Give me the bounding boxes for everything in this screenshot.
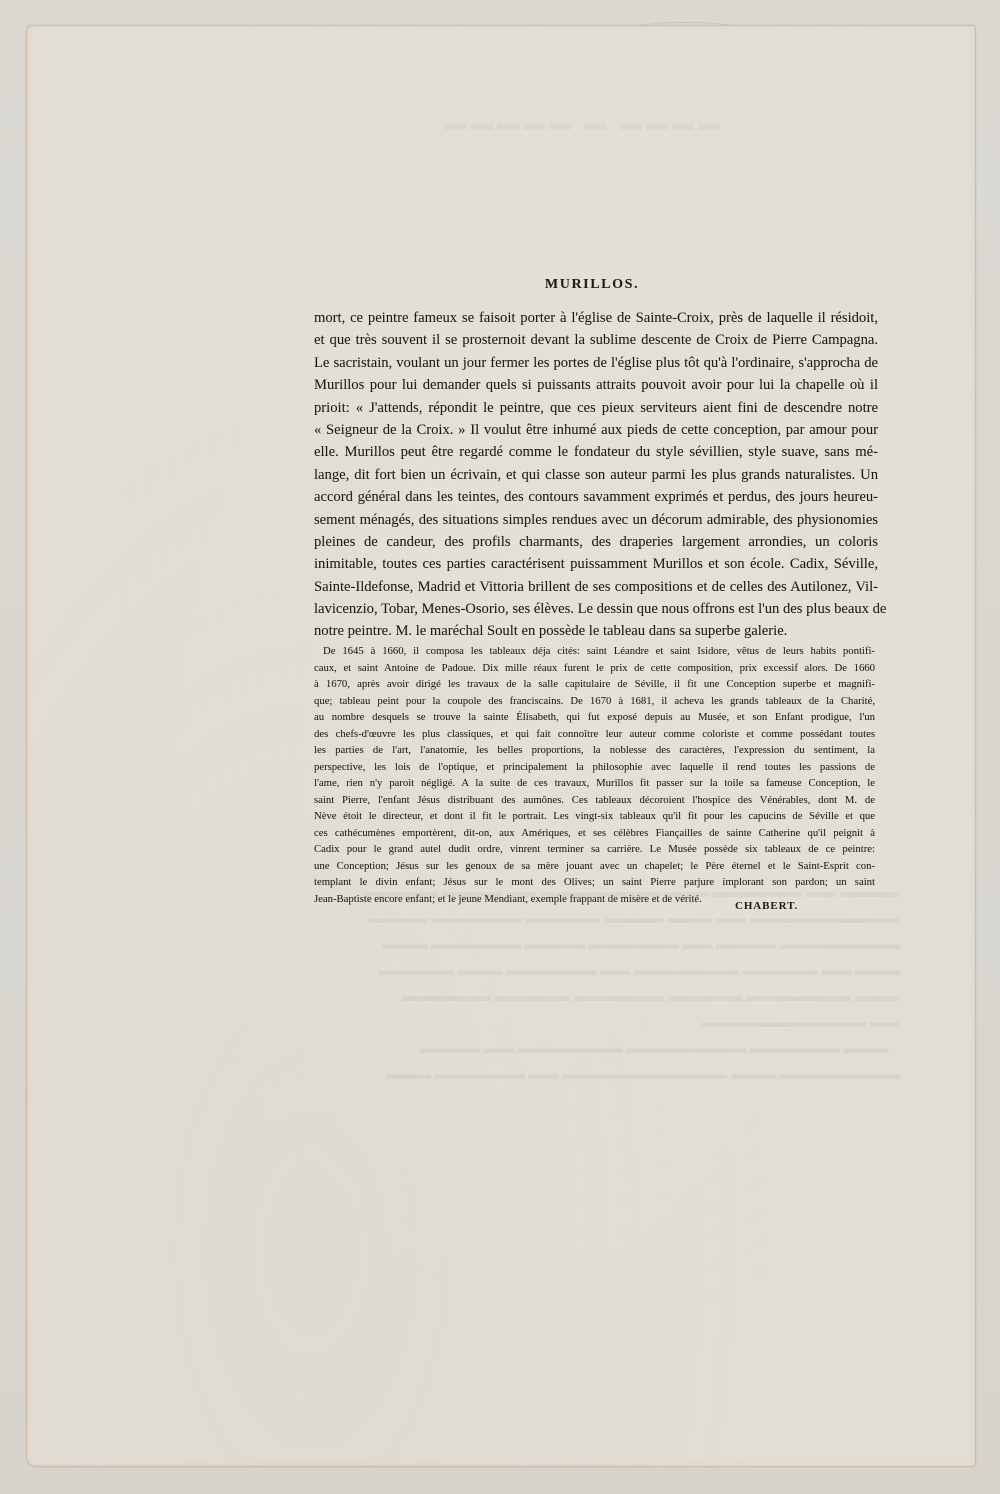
footnote-line: caux, et saint Antoine de Padoue. Dix mi… <box>314 660 875 677</box>
text-line: mort, ce peintre fameux se faisoit porte… <box>314 307 878 329</box>
text-line: elle. Murillos peut être regardé comme l… <box>314 441 878 463</box>
footnote-paragraph: De 1645 à 1660, il composa les tableaux … <box>314 643 875 907</box>
text-line: « Seigneur de la Croix. » Il voulut être… <box>314 419 878 441</box>
footnote-line: perspective, les lois de l'optique, et p… <box>314 759 875 776</box>
footnote-line: saint Pierre, l'enfant Jésus distribuant… <box>314 792 875 809</box>
page-title: MURILLOS. <box>300 277 884 293</box>
text-line: lange, dit fort bien un écrivain, et qui… <box>314 464 878 486</box>
paper-fold-mark <box>640 22 730 31</box>
text-line: sement ménagés, des situations simples r… <box>314 509 878 531</box>
footnote-line: ces cathécumènes emportèrent, dit-on, au… <box>314 825 875 842</box>
footnote-line: De 1645 à 1660, il composa les tableaux … <box>314 643 875 660</box>
text-line: pleines de candeur, des profils charmant… <box>314 531 878 553</box>
footnote-line: Cadix pour le grand autel dudit ordre, v… <box>314 841 875 858</box>
text-line: Le sacristain, voulant un jour fermer le… <box>314 352 878 374</box>
text-line: Sainte-Ildefonse, Madrid et Vittoria bri… <box>314 576 878 598</box>
main-paragraph: mort, ce peintre fameux se faisoit porte… <box>314 307 878 643</box>
text-line: et que très souvent il se prosternoit de… <box>314 329 878 351</box>
footnote-line: templant le divin enfant; Jésus sur le m… <box>314 874 875 891</box>
footnote-line: une Conception; Jésus sur les genoux de … <box>314 858 875 875</box>
author-signature: CHABERT. <box>735 900 798 912</box>
footnote-line: l'ame, rien n'y paroit négligé. A la sui… <box>314 775 875 792</box>
text-line: accord général dans les teintes, des con… <box>314 486 878 508</box>
text-line: prioit: « J'attends, répondit le peintre… <box>314 397 878 419</box>
footnote-line: que; tableau peint pour la coupole des f… <box>314 693 875 710</box>
footnote-line: à 1670, après avoir dirigé les travaux d… <box>314 676 875 693</box>
text-line: Murillos pour lui demander quels si puis… <box>314 374 878 396</box>
footnote-line: au nombre desquels se trouve la sainte É… <box>314 709 875 726</box>
text-line: lavicenzio, Tobar, Menes-Osorio, ses élè… <box>314 598 878 620</box>
footnote-line: les parties de l'art, l'anatomie, les be… <box>314 742 875 759</box>
text-line: notre peintre. M. le maréchal Soult en p… <box>314 620 878 642</box>
footnote-line: des chefs-d'œuvre les plus classiques, e… <box>314 726 875 743</box>
footnote-line: Nève étoit le directeur, et dont il fit … <box>314 808 875 825</box>
text-line: inimitable, toutes ces parties caractéri… <box>314 553 878 575</box>
